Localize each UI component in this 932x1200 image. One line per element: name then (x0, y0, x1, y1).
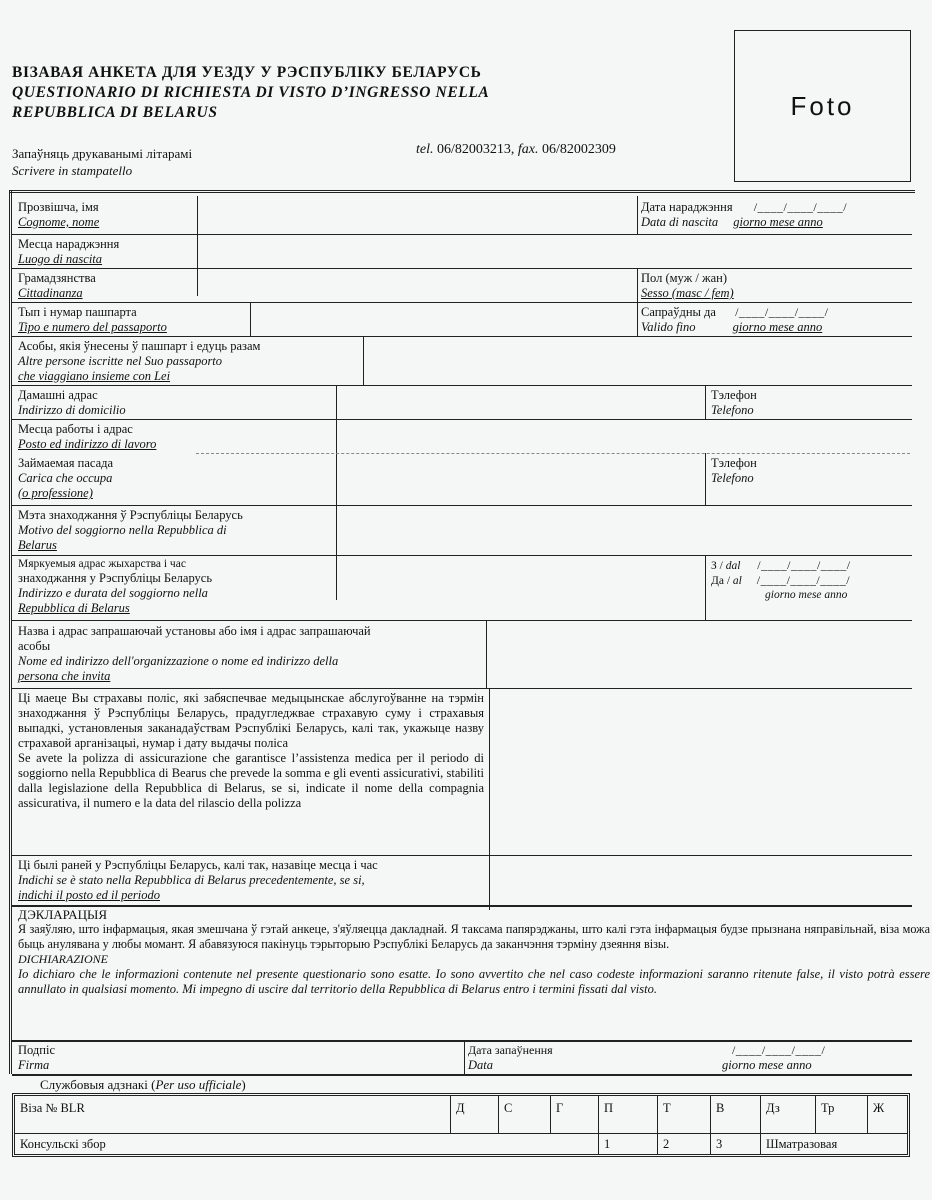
declaration-text-it: Io dichiaro che le informazioni contenut… (18, 967, 930, 997)
declaration-title-by: ДЭКЛАРАЦЫЯ (18, 907, 930, 922)
declaration-text-by: Я заяўляю, што інфармацыя, якая змешчана… (18, 922, 930, 952)
form-title-by: ВІЗАВАЯ АНКЕТА ДЛЯ УЕЗДУ У РЭСПУБЛІКУ БЕ… (12, 64, 481, 82)
stay-address-input[interactable] (338, 556, 703, 618)
row-divider (12, 1074, 912, 1076)
birth-date-field[interactable]: Дата нараджэння /____/____/____/ Data di… (641, 200, 911, 230)
divider (363, 336, 364, 385)
work-address-input[interactable] (338, 420, 908, 452)
divider (336, 385, 337, 600)
date-blank: /____/____/____/ (735, 305, 828, 319)
insurance-label: Ці маеце Вы страхавы поліс, які забяспеч… (18, 691, 484, 811)
visa-type-t[interactable]: Т (663, 1101, 671, 1116)
purpose-label: Мэта знаходжання ў Рэспубліцы Беларусь M… (18, 508, 243, 553)
row-divider (14, 1133, 908, 1134)
work-address-label: Месца работы і адрас Posto ed indirizzo … (18, 422, 156, 452)
entries-1[interactable]: 1 (604, 1137, 610, 1152)
entries-multiple[interactable]: Шматразовая (766, 1137, 837, 1152)
tel-label: tel. (416, 142, 434, 157)
divider (760, 1096, 761, 1154)
home-address-input[interactable] (338, 386, 703, 418)
divider (250, 302, 251, 336)
sex-field[interactable]: Пол (муж / жан) Sesso (masc / fem) (641, 271, 734, 301)
form-title-it-line1: QUESTIONARIO DI RICHIESTA DI VISTO D’ING… (12, 84, 489, 102)
birth-place-label: Месца нараджэння Luogo di nascita (18, 237, 119, 267)
visa-type-zh[interactable]: Ж (873, 1101, 884, 1116)
form-left-border (9, 190, 12, 1042)
consular-fee-label: Консульскі збор (20, 1137, 106, 1152)
divider (498, 1096, 499, 1133)
date-blank: /____/____/____/ (757, 573, 850, 587)
work-phone-field[interactable]: Тэлефон Telefono (711, 456, 757, 486)
visa-type-p[interactable]: П (604, 1101, 613, 1116)
stay-address-label: Мяркуемыя адрас жыхарства і час знаходжа… (18, 558, 212, 616)
divider (705, 385, 706, 419)
divider (815, 1096, 816, 1133)
photo-box[interactable]: Foto (734, 30, 911, 182)
divider (486, 620, 487, 688)
entries-2[interactable]: 2 (663, 1137, 669, 1152)
other-persons-input[interactable] (365, 337, 910, 384)
divider (710, 1096, 711, 1154)
instruction-by: Запаўняць друкаванымі літарамі (12, 146, 192, 162)
valid-until-field[interactable]: Сапраўдны да /____/____/____/ Valido fin… (641, 305, 911, 335)
divider (489, 688, 490, 910)
visa-type-v[interactable]: В (716, 1101, 724, 1116)
date-blank: /____/____/____/ (754, 200, 847, 214)
inviting-label: Назва і адрас запрашаючай установы або і… (18, 624, 488, 684)
divider (550, 1096, 551, 1133)
visa-type-dz[interactable]: Дз (766, 1101, 780, 1116)
fax-value: 06/82002309 (542, 142, 616, 157)
official-heading: Службовыя адзнакі (Per uso ufficiale) (40, 1077, 246, 1093)
passport-label: Тып і нумар пашпарта Tipo e numero del p… (18, 305, 167, 335)
divider (657, 1096, 658, 1154)
divider (705, 555, 706, 620)
previous-visits-input[interactable] (491, 856, 909, 909)
surname-input[interactable] (199, 197, 635, 233)
other-persons-label: Асобы, якія ўнесены ў пашпарт і едуць ра… (18, 339, 260, 384)
instruction-it: Scrivere in stampatello (12, 163, 132, 179)
form-top-border (9, 190, 915, 193)
passport-input[interactable] (252, 303, 635, 335)
birth-place-input[interactable] (199, 235, 909, 267)
home-phone-field[interactable]: Тэлефон Telefono (711, 388, 757, 418)
signature-input[interactable] (110, 1042, 460, 1072)
date-blank: /____/____/____/ (757, 558, 850, 572)
visa-type-tr[interactable]: Тр (821, 1101, 834, 1116)
form-left-border (9, 1040, 12, 1074)
home-address-label: Дамашні адрас Indirizzo di domicilio (18, 388, 126, 418)
entries-3[interactable]: 3 (716, 1137, 722, 1152)
surname-label: Прозвішча, імя Cognome, nome (18, 200, 99, 230)
date-blank: /____/____/____/ (732, 1043, 825, 1058)
form-title-it-line2: REPUBBLICA DI BELARUS (12, 104, 218, 122)
position-input[interactable] (338, 454, 703, 504)
citizenship-label: Грамадзянства Cittadinanza (18, 271, 96, 301)
tel-value: 06/82003213, (437, 142, 514, 157)
divider (450, 1096, 451, 1133)
fax-label: fax. (518, 142, 539, 157)
visa-number-input[interactable] (20, 1100, 445, 1130)
divider (464, 1040, 465, 1074)
previous-visits-label: Ці былі раней у Рэспубліцы Беларусь, кал… (18, 858, 488, 903)
declaration-title-it: DICHIARAZIONE (18, 952, 930, 967)
photo-label: Foto (790, 91, 854, 122)
inviting-input[interactable] (488, 621, 908, 687)
stay-dates-field[interactable]: З / dal /____/____/____/ Да / al /____/_… (711, 558, 909, 602)
insurance-input[interactable] (491, 689, 909, 854)
visa-type-d[interactable]: Д (456, 1101, 465, 1116)
contact-line: tel. 06/82003213, fax. 06/82002309 (416, 142, 616, 158)
position-label: Займаемая пасада Carica che occupa (o pr… (18, 456, 113, 501)
declaration-block: ДЭКЛАРАЦЫЯ Я заяўляю, што інфармацыя, як… (18, 907, 930, 997)
purpose-input[interactable] (338, 506, 908, 554)
visa-type-g[interactable]: Г (556, 1101, 563, 1116)
fill-date-label: Дата запаўнення Data (468, 1043, 553, 1073)
citizenship-input[interactable] (199, 269, 635, 301)
divider (598, 1096, 599, 1154)
divider (637, 196, 638, 234)
divider (867, 1096, 868, 1133)
signature-label: Подпіс Firma (18, 1043, 55, 1073)
visa-type-s[interactable]: С (504, 1101, 512, 1116)
divider (197, 196, 198, 296)
divider (705, 453, 706, 505)
fill-date-field[interactable]: /____/____/____/ giorno mese anno (722, 1043, 825, 1073)
